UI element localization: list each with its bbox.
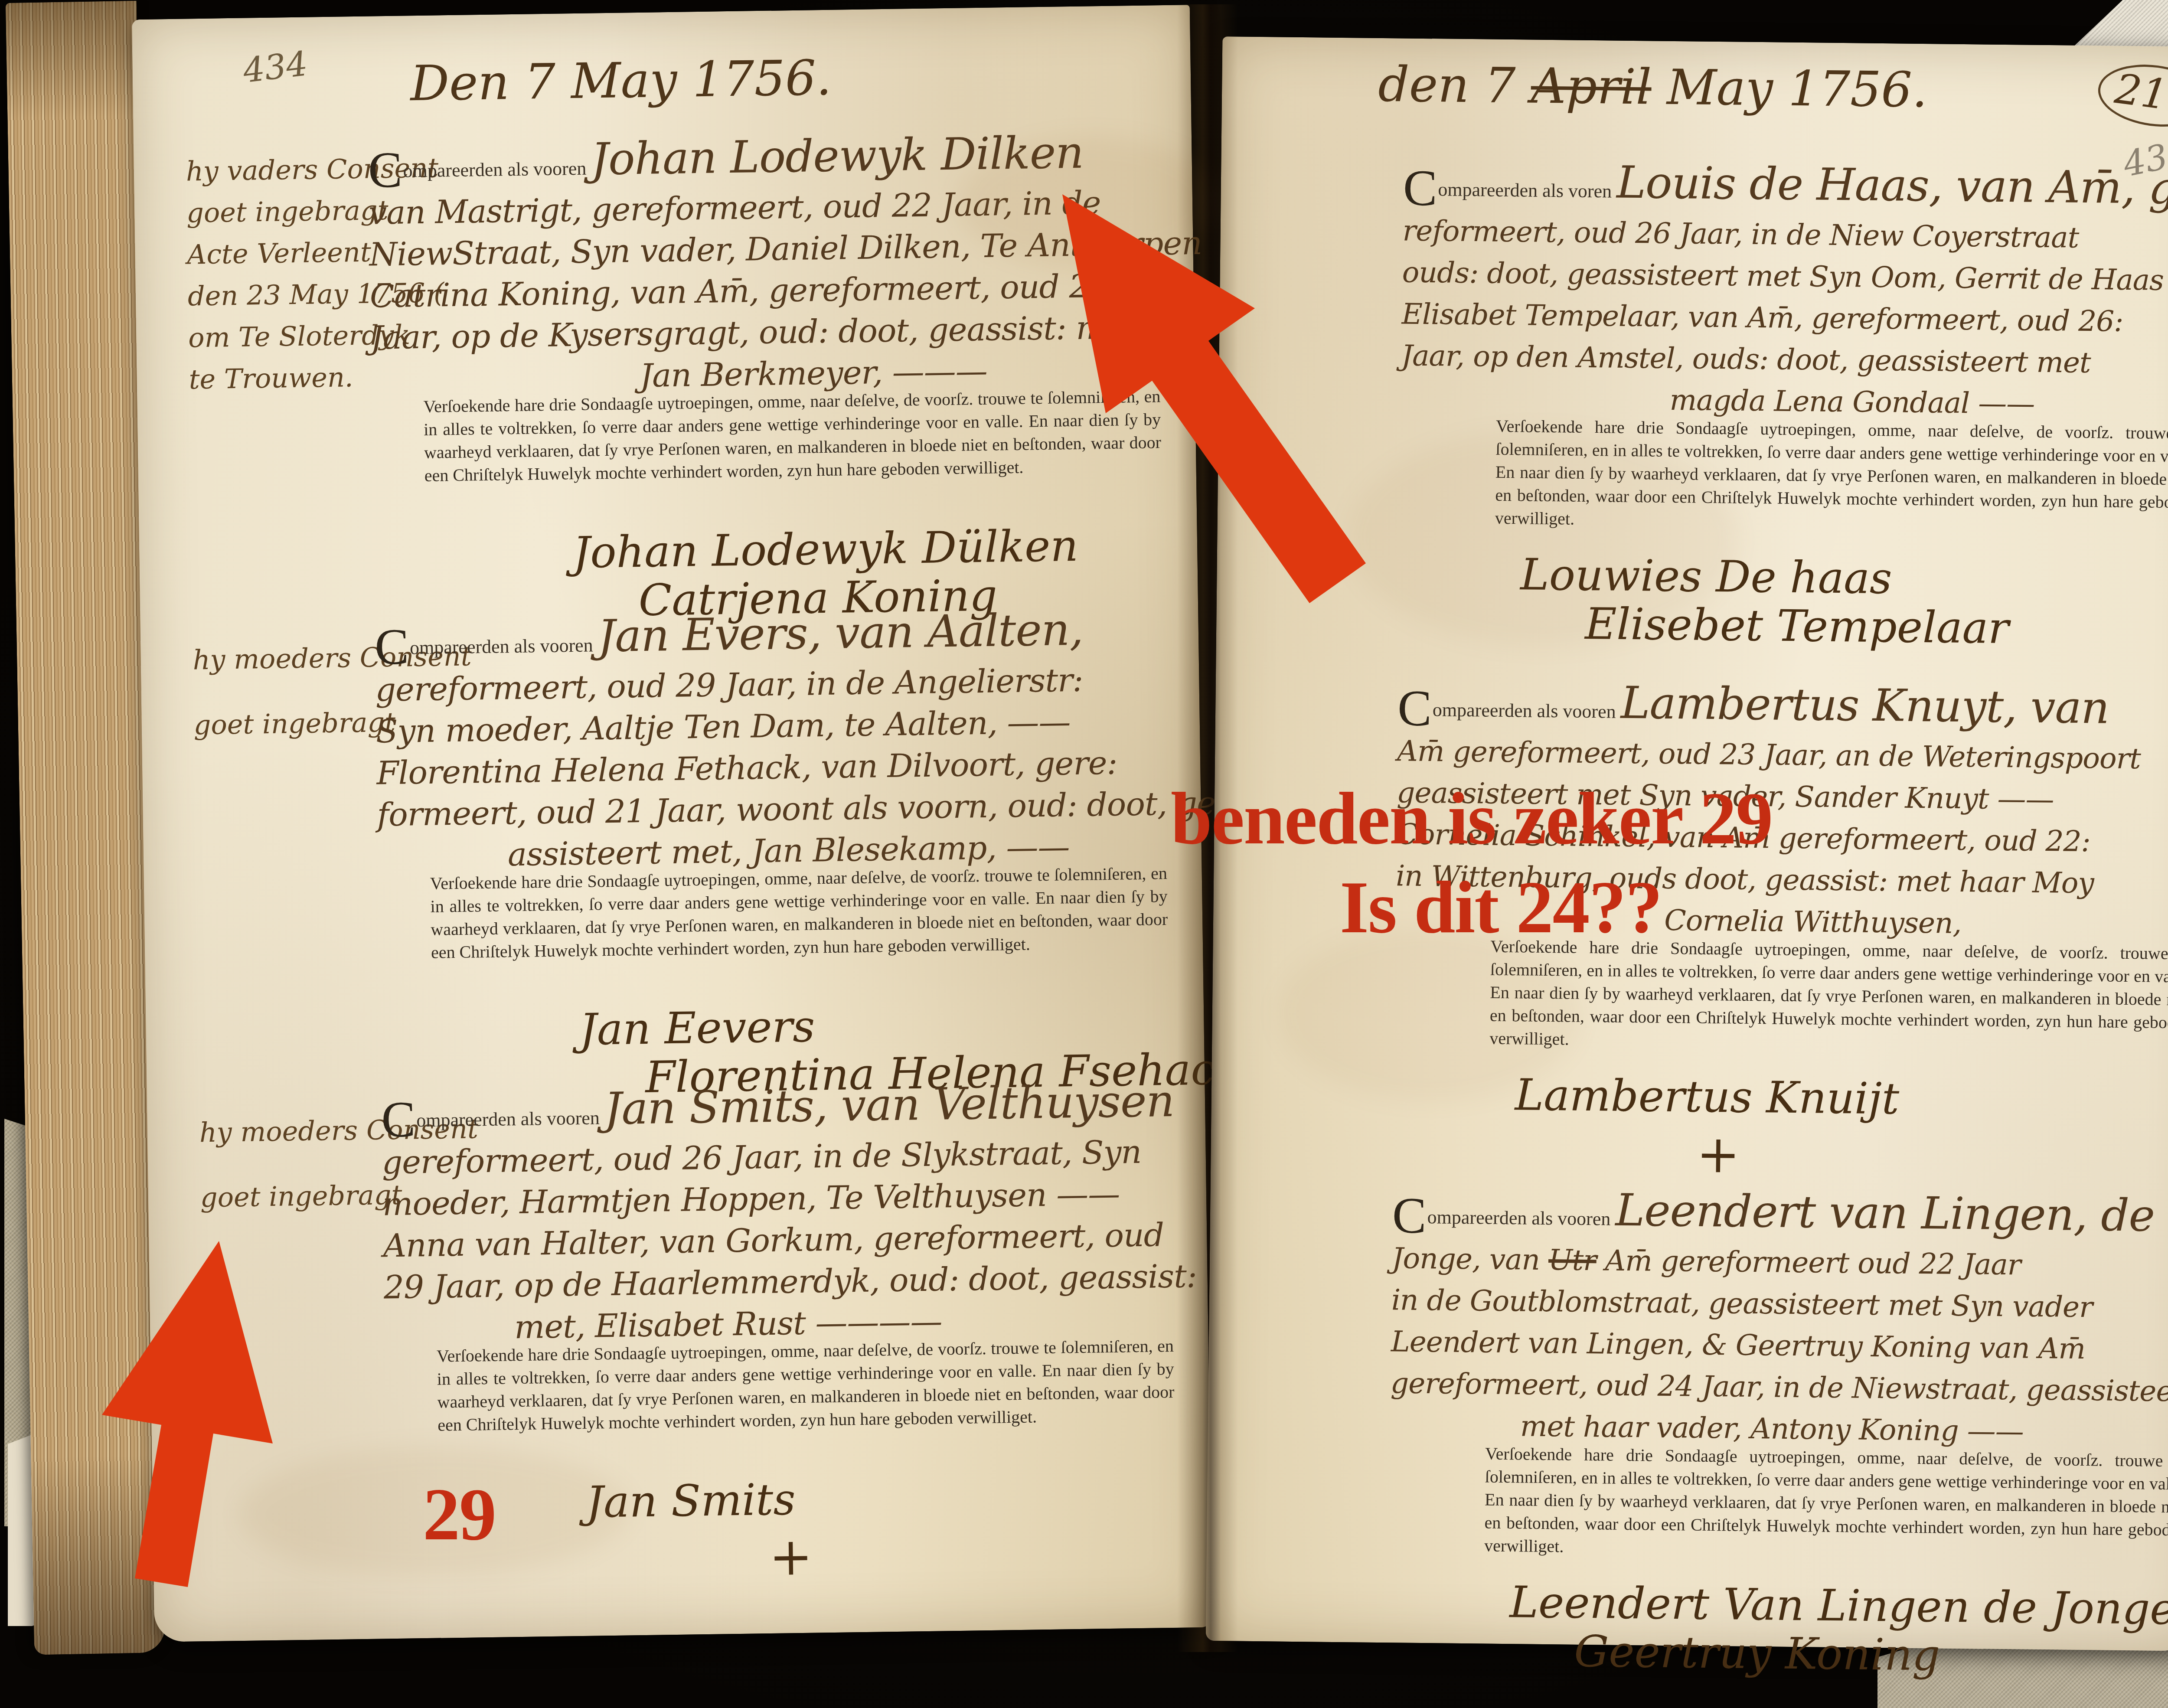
- printed-banns-formula: Verſoekende hare drie Sondaagſe uytroepi…: [430, 862, 1169, 964]
- margin-note: hy moeders Consent: [193, 625, 380, 692]
- printed-opening-compareerden: Compareerden als vooren: [368, 157, 591, 182]
- entry-margin-notes: hy moeders Consentgoet ingebragt: [199, 1097, 387, 1230]
- entry-principal-name: Leendert van Lingen, de: [1615, 1185, 2155, 1242]
- margin-note: hy moeders Consent: [199, 1097, 386, 1165]
- printed-banns-formula: Verſoekende hare drie Sondaagſe uytroepi…: [1484, 1442, 2168, 1564]
- entry-first-line: Compareerden als vooren Leendert van Lin…: [1392, 1187, 2168, 1246]
- entry-principal-name: Johan Lodewyk Dilken: [591, 127, 1084, 186]
- printed-opening-compareerden: Compareerden als vooren: [1392, 1206, 1616, 1229]
- printed-opening-compareerden: Compareerden als vooren: [1397, 699, 1621, 722]
- left-page-entries: hy vaders Consentgoet ingebragtActe Verl…: [132, 5, 1190, 20]
- register-entry: Compareerden als vooren Leendert van Lin…: [1211, 1185, 2168, 1196]
- entry-body: Compareerden als vooren Jan Smits, van V…: [381, 1080, 1243, 1350]
- printed-opening-compareerden: Compareerden als vooren: [375, 634, 598, 659]
- book-scan: 434 Den 7 May 1756. hy vaders Consentgoe…: [0, 0, 2168, 1708]
- entry-margin-notes: hy moeders Consentgoet ingebragt: [193, 625, 381, 758]
- right-page-number-circled: 217: [2094, 58, 2168, 133]
- register-entry: Compareerden als vooren Lambertus Knuyt,…: [1216, 678, 2168, 689]
- margin-note: te Trouwen.: [189, 356, 375, 400]
- printed-opening-compareerden: Compareerden als voren: [1403, 178, 1617, 202]
- initial-capital: C: [1397, 679, 1432, 737]
- initial-capital: C: [374, 618, 409, 675]
- right-page-entries: Compareerden als voren Louis de Haas, va…: [1222, 36, 2168, 47]
- margin-note: den 23 May 1756 (: [187, 273, 374, 317]
- left-page-number: 434: [241, 44, 310, 91]
- entry-body: Compareerden als vooren Jan Evers, van A…: [374, 607, 1236, 878]
- margin-note: Acte Verleent: [187, 231, 374, 275]
- signature: Johan Lodewyk Dülken: [572, 520, 1078, 578]
- register-entry: hy vaders Consentgoet ingebragtActe Verl…: [134, 131, 1192, 145]
- entry-line: Jaar, op den Amstel, ouds: doot, geassis…: [1401, 335, 2168, 385]
- margin-note: hy vaders Consent: [186, 148, 372, 193]
- right-page-date-header: den 7 April May 1756.: [1378, 56, 1928, 118]
- entry-body: Compareerden als vooren Johan Lodewyk Di…: [368, 130, 1230, 401]
- signature-cross-mark: +: [769, 1527, 813, 1587]
- initial-capital: C: [381, 1091, 416, 1148]
- margin-note: goet ingebragt: [193, 690, 381, 758]
- initial-capital: C: [1403, 159, 1437, 216]
- signature: Jan Smits: [586, 1474, 796, 1528]
- entry-body: Compareerden als voren Louis de Haas, va…: [1401, 160, 2168, 426]
- register-entry: hy moeders Consentgoet ingebragtComparee…: [140, 607, 1198, 622]
- printed-opening-compareerden: Compareerden als vooren: [381, 1107, 604, 1131]
- printed-banns-formula: Verſoekende hare drie Sondaagſe uytroepi…: [437, 1334, 1175, 1437]
- margin-note: goet ingebragt: [186, 189, 373, 234]
- printed-banns-formula: Verſoekende hare drie Sondaagſe uytroepi…: [423, 385, 1162, 487]
- margin-note: om Te Sloterdyk: [188, 314, 375, 359]
- entry-principal-name: Louis de Haas, van Am̄, ge:: [1616, 157, 2168, 215]
- left-page-date-header: Den 7 May 1756.: [410, 50, 832, 112]
- red-note-beneden: beneden is zeker 29: [1171, 776, 1772, 862]
- entry-line: gereformeert, oud 24 Jaar, in de Niewstr…: [1390, 1362, 2168, 1412]
- entry-body: Compareerden als vooren Leendert van Lin…: [1390, 1187, 2168, 1454]
- register-entry: Compareerden als voren Louis de Haas, va…: [1221, 158, 2168, 168]
- entry-principal-name: Lambertus Knuyt, van: [1620, 677, 2109, 734]
- signature: Louwies De haas: [1520, 549, 1892, 604]
- signature: Jan Eevers: [579, 1001, 815, 1055]
- entry-margin-notes: hy vaders Consentgoet ingebragtActe Verl…: [186, 148, 375, 401]
- left-page: 434 Den 7 May 1756. hy vaders Consentgoe…: [132, 5, 1212, 1642]
- red-note-29: 29: [423, 1472, 496, 1558]
- margin-note: goet ingebragt: [200, 1163, 387, 1230]
- initial-capital: C: [368, 141, 403, 199]
- signature-cross-mark: +: [1696, 1124, 1740, 1185]
- red-note-is-dit-24: Is dit 24??: [1340, 865, 1662, 950]
- signature: Elisebet Tempelaar: [1585, 598, 2009, 653]
- initial-capital: C: [1392, 1187, 1427, 1244]
- printed-banns-formula: Verſoekende hare drie Sondaagſe uytroepi…: [1495, 415, 2168, 537]
- entry-principal-name: Jan Evers, van Aalten,: [598, 604, 1084, 663]
- register-entry: hy moeders Consentgoet ingebragtComparee…: [147, 1080, 1205, 1095]
- struck-word: Utr: [1548, 1243, 1597, 1277]
- signature: Geertruy Koning: [1574, 1626, 1940, 1681]
- entry-first-line: Compareerden als voren Louis de Haas, va…: [1403, 160, 2168, 218]
- entry-principal-name: Jan Smits, van Velthuysen: [604, 1075, 1175, 1135]
- signature: Lambertus Knuijt: [1515, 1069, 1899, 1124]
- signature: Leendert Van Lingen de Jonge: [1509, 1577, 2168, 1634]
- struck-word: April: [1531, 58, 1652, 116]
- printed-banns-formula: Verſoekende hare drie Sondaagſe uytroepi…: [1489, 935, 2168, 1057]
- entry-first-line: Compareerden als vooren Lambertus Knuyt,…: [1397, 680, 2168, 738]
